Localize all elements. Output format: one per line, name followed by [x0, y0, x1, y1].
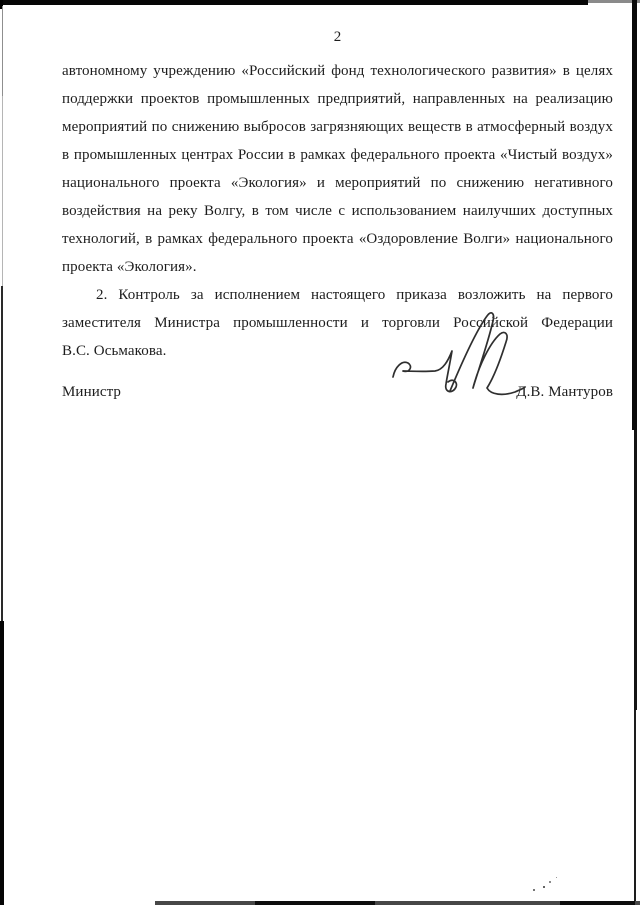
scan-edge-right: [634, 710, 636, 905]
scan-speckle: [549, 881, 551, 883]
signatory-position: Министр: [62, 378, 121, 406]
body-line: поддержки проектов промышленных предприя…: [62, 85, 613, 113]
body-line: В.С. Осьмакова.: [62, 337, 613, 365]
document-body: автономному учреждению «Российский фонд …: [62, 57, 613, 365]
signature-block: Министр Д.В. Мантуров: [62, 378, 613, 406]
scan-edge-right: [634, 430, 637, 710]
scan-edge-bottom: [255, 901, 375, 905]
body-line: проекта «Экология».: [62, 253, 613, 281]
scan-edge-right: [632, 0, 637, 430]
scan-edge-top: [0, 0, 588, 5]
body-line: воздействия на реку Волгу, в том числе с…: [62, 197, 613, 225]
body-line: национального проекта «Экология» и мероп…: [62, 169, 613, 197]
scan-edge-left: [0, 621, 4, 905]
body-line: заместителя Министра промышленности и то…: [62, 309, 613, 337]
scan-speckle: [543, 886, 545, 888]
scan-edge-bottom: [560, 901, 635, 905]
scan-edge-left: [1, 286, 3, 621]
scan-edge-left: [2, 6, 3, 96]
body-line: технологий, в рамках федерального проект…: [62, 225, 613, 253]
scan-speckle: [556, 877, 557, 878]
body-line: автономному учреждению «Российский фонд …: [62, 57, 613, 85]
signatory-name: Д.В. Мантуров: [516, 378, 613, 406]
page-number: 2: [62, 29, 613, 46]
scanned-document-page: 2 автономному учреждению «Российский фон…: [0, 0, 640, 905]
body-line: в промышленных центрах России в рамках ф…: [62, 141, 613, 169]
handwritten-signature-icon: [388, 303, 526, 398]
scan-edge-left: [2, 96, 3, 286]
scan-speckle: [533, 889, 535, 891]
body-line: мероприятий по снижению выбросов загрязн…: [62, 113, 613, 141]
body-line: 2. Контроль за исполнением настоящего пр…: [62, 281, 613, 309]
